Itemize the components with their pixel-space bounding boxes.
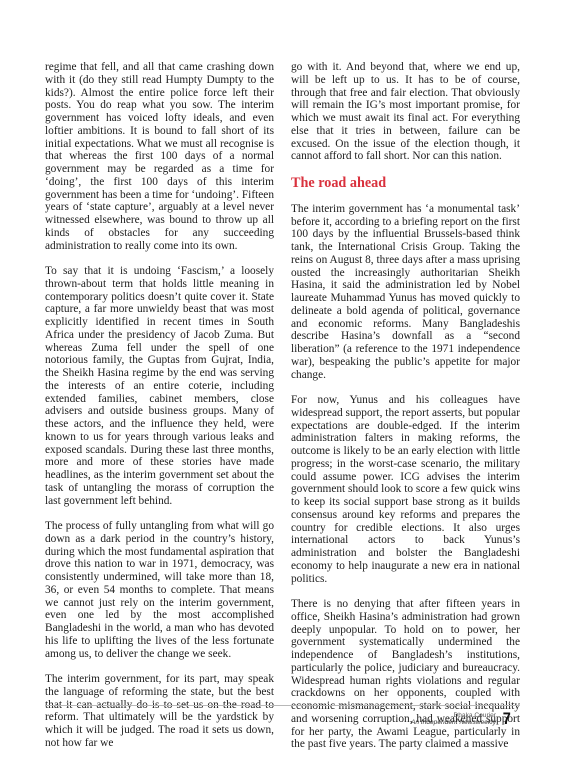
body-paragraph: For now, Yunus and his colleagues have w… [291,394,520,585]
right-column: go with it. And beyond that, where we en… [291,61,520,751]
body-paragraph: To say that it is undoing ‘Fascism,’ a l… [45,265,274,507]
publication-name: Dhaka Courier [411,712,496,719]
left-column: regime that fell, and all that came cras… [45,61,274,750]
footer-divider-left [45,705,290,706]
body-paragraph: regime that fell, and all that came cras… [45,61,274,252]
magazine-page: regime that fell, and all that came cras… [0,0,576,770]
publication-tagline: An Independent Newsweekly [411,719,496,726]
body-paragraph: The interim government has ‘a monumental… [291,203,520,382]
body-paragraph: go with it. And beyond that, where we en… [291,61,520,163]
body-paragraph: The interim government, for its part, ma… [45,673,274,750]
page-number: 7 [503,710,511,727]
body-paragraph: There is no denying that after fifteen y… [291,598,520,751]
body-paragraph: The process of fully untangling from wha… [45,520,274,660]
footer-masthead: Dhaka Courier An Independent Newsweekly [411,712,496,727]
section-heading: The road ahead [291,176,520,190]
footer-divider-right [280,705,520,706]
